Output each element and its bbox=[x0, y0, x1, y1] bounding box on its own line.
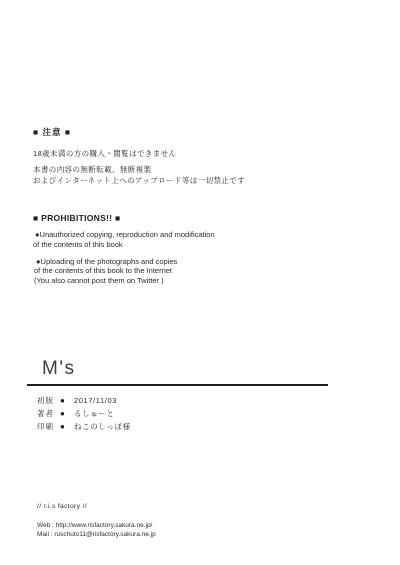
bullet-icon: ● bbox=[60, 396, 68, 405]
book-title: M's bbox=[42, 358, 75, 380]
no-reproduction-notice: 本書の内容の無断転載、無断複製 およびインターネット上へのアップロード等は一切禁… bbox=[33, 165, 245, 186]
colophon-row-first-edition: 初版 ● 2017/11/03 bbox=[37, 394, 131, 407]
bullet-icon: ● bbox=[60, 409, 68, 418]
prohibition-uploading-line1: ●Uploading of the photographs and copies bbox=[34, 257, 177, 266]
title-divider-line bbox=[27, 384, 328, 386]
prohibition-item-uploading: ●Uploading of the photographs and copies… bbox=[34, 257, 177, 285]
prohibition-copying-line1: ●Unauthorized copying, reproduction and … bbox=[33, 230, 215, 240]
prohibition-uploading-line2: of the contents of this book to the Inte… bbox=[34, 266, 177, 275]
contact-info: Web : http://www.risfactory.sakura.ne.jp… bbox=[37, 521, 156, 539]
colophon-row-printer: 印刷 ● ねこのしっぽ様 bbox=[37, 420, 131, 433]
author-name: るしゅーと bbox=[74, 408, 115, 419]
colophon-page: ■ 注意 ■ 18歳未満の方の購入・閲覧はできません 本書の内容の無断転載、無断… bbox=[0, 0, 400, 565]
age-restriction-text: 18歳未満の方の購入・閲覧はできません bbox=[33, 148, 176, 159]
web-address: Web : http://www.risfactory.sakura.ne.jp… bbox=[37, 521, 156, 530]
printer-label: 印刷 bbox=[37, 421, 55, 432]
mail-address: Mail : ruschuto11@risfactory.sakura.ne.j… bbox=[37, 530, 156, 539]
colophon-credits: 初版 ● 2017/11/03 著者 ● るしゅーと 印刷 ● ねこのしっぽ様 bbox=[37, 394, 131, 433]
author-label: 著者 bbox=[37, 408, 55, 419]
no-reproduction-line2: およびインターネット上へのアップロード等は一切禁止です bbox=[33, 176, 245, 187]
circle-name: // r.i.s factory // bbox=[37, 503, 87, 510]
colophon-row-author: 著者 ● るしゅーと bbox=[37, 407, 131, 420]
first-edition-label: 初版 bbox=[37, 395, 55, 406]
notice-jp-header: ■ 注意 ■ bbox=[33, 126, 71, 138]
prohibition-item-copying: ●Unauthorized copying, reproduction and … bbox=[33, 230, 215, 249]
printer-name: ねこのしっぽ様 bbox=[74, 421, 131, 432]
prohibition-uploading-line3: (You also cannot post them on Twitter ) bbox=[34, 276, 177, 285]
prohibitions-header: ■ PROHIBITIONS!! ■ bbox=[33, 213, 120, 223]
prohibition-copying-line2: of the contents of this book bbox=[33, 240, 215, 250]
first-edition-date: 2017/11/03 bbox=[74, 396, 117, 405]
no-reproduction-line1: 本書の内容の無断転載、無断複製 bbox=[33, 165, 245, 176]
bullet-icon: ● bbox=[60, 422, 68, 431]
